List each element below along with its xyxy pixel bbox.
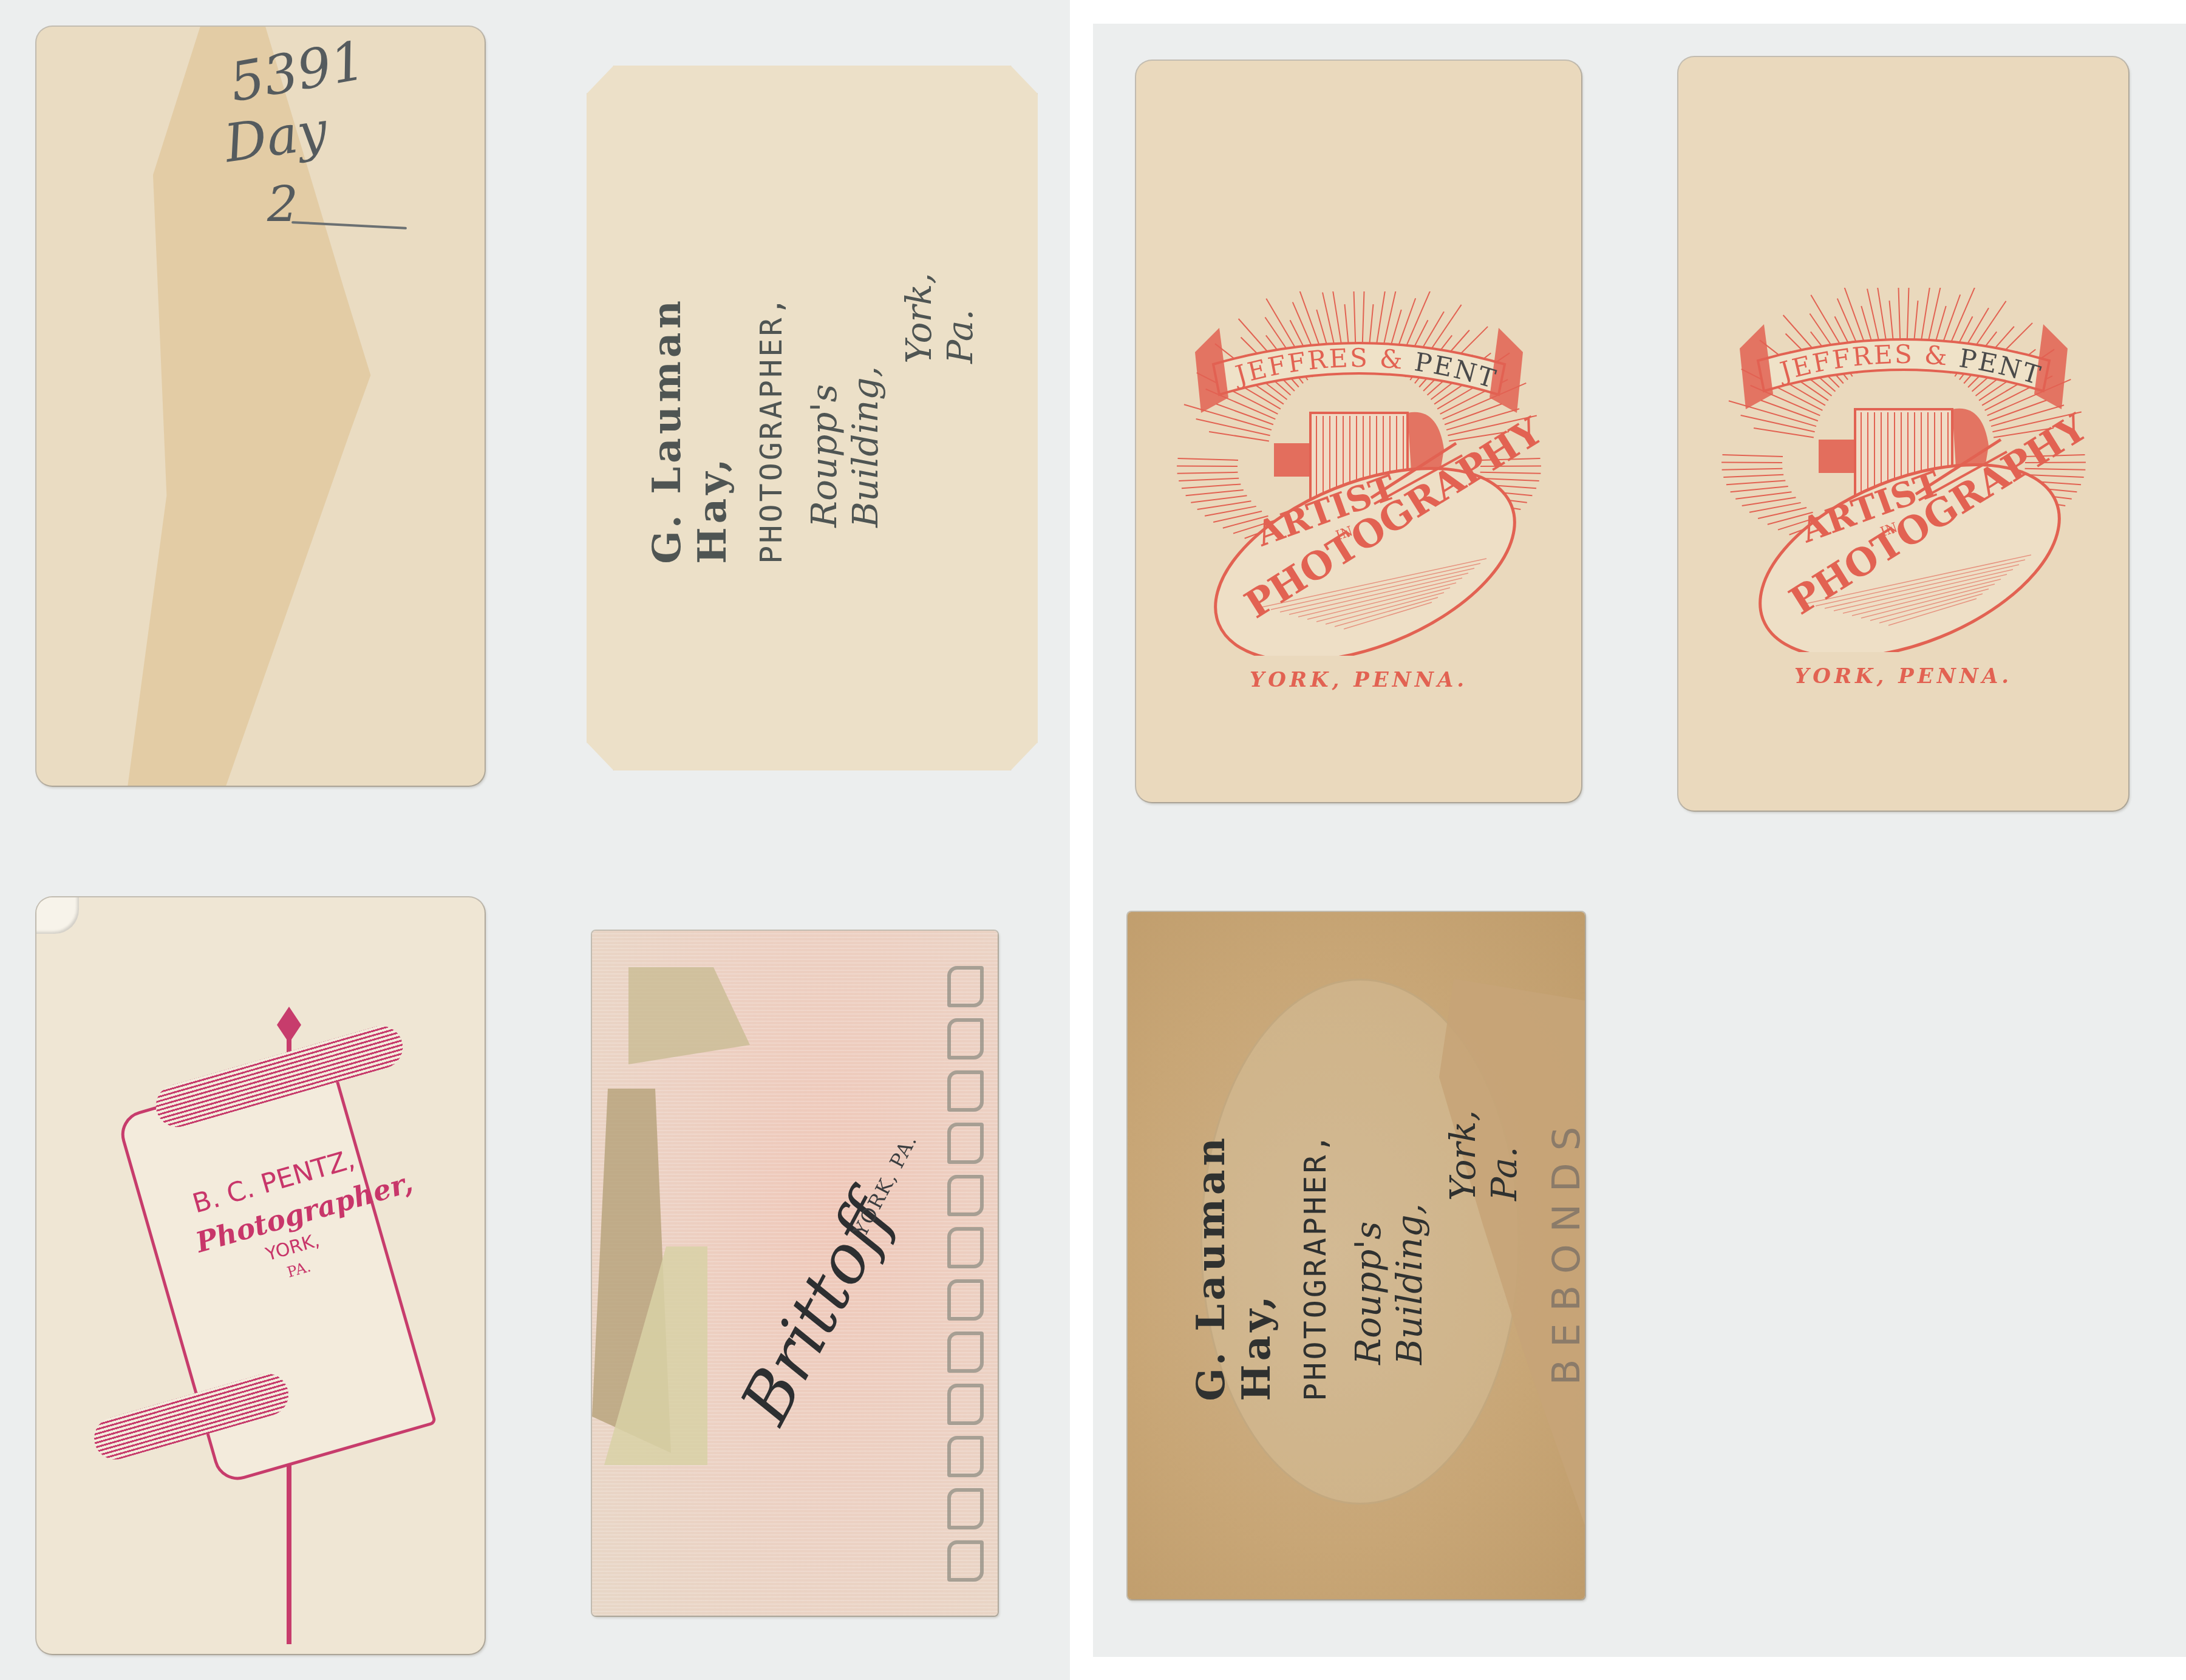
photo-card-pentz: B. C. PENTZ, Photographer, YORK, PA. <box>36 897 485 1654</box>
imprint-text-block: G. Lauman Hay, PHOTOGRAPHER, Roupp's Bui… <box>644 273 981 563</box>
pencil-note: BEBONDS <box>1544 1115 1585 1385</box>
photo-card-plain-back: 5391 Day 2 <box>36 27 485 786</box>
camera-palette-emblem-icon: JEFFRES & PENTZ,ARTISTINPHOTOGRAPHY <box>1715 288 2092 652</box>
faded-ink-lettering <box>944 955 987 1599</box>
paper-remnant <box>628 967 750 1064</box>
photographer-name: G. Lauman Hay, <box>644 273 735 563</box>
studio-address: Roupp's Building, <box>1347 1110 1430 1401</box>
photographer-title: PHOTOGRAPHER, <box>1298 1110 1333 1401</box>
studio-city: York, Pa. <box>898 273 981 563</box>
studio-address: Roupp's Building, <box>803 273 886 563</box>
photo-card-brittoff: Brittoff YORK, PA. <box>592 931 998 1616</box>
imprint-text-block: G. Lauman Hay, PHOTOGRAPHER, Roupp's Bui… <box>1188 1110 1525 1401</box>
photographer-signature: Brittoff <box>726 1184 908 1435</box>
photographer-title: PHOTOGRAPHER, <box>754 273 789 563</box>
dog-eared-corner <box>36 897 79 934</box>
photographer-name: G. Lauman Hay, <box>1188 1110 1279 1401</box>
studio-city: YORK, PENNA. <box>1136 668 1581 692</box>
studio-city: YORK, PENNA. <box>1678 664 2128 689</box>
photo-card-jeffres: JEFFRES & PENTZ,ARTISTINPHOTOGRAPHY YORK… <box>1136 61 1581 802</box>
photo-card-hay: G. Lauman Hay, PHOTOGRAPHER, Roupp's Bui… <box>587 66 1038 770</box>
photo-card-hay-worn: BEBONDS G. Lauman Hay, PHOTOGRAPHER, Rou… <box>1128 912 1585 1599</box>
photo-card-jeffres: JEFFRES & PENTZ,ARTISTINPHOTOGRAPHY YORK… <box>1678 57 2128 811</box>
camera-palette-emblem-icon: JEFFRES & PENTZ,ARTISTINPHOTOGRAPHY <box>1171 291 1547 656</box>
pencil-note-digit: 2 <box>267 176 298 233</box>
studio-city: York, Pa. <box>1442 1110 1525 1401</box>
lance-tip-icon <box>277 1007 301 1043</box>
